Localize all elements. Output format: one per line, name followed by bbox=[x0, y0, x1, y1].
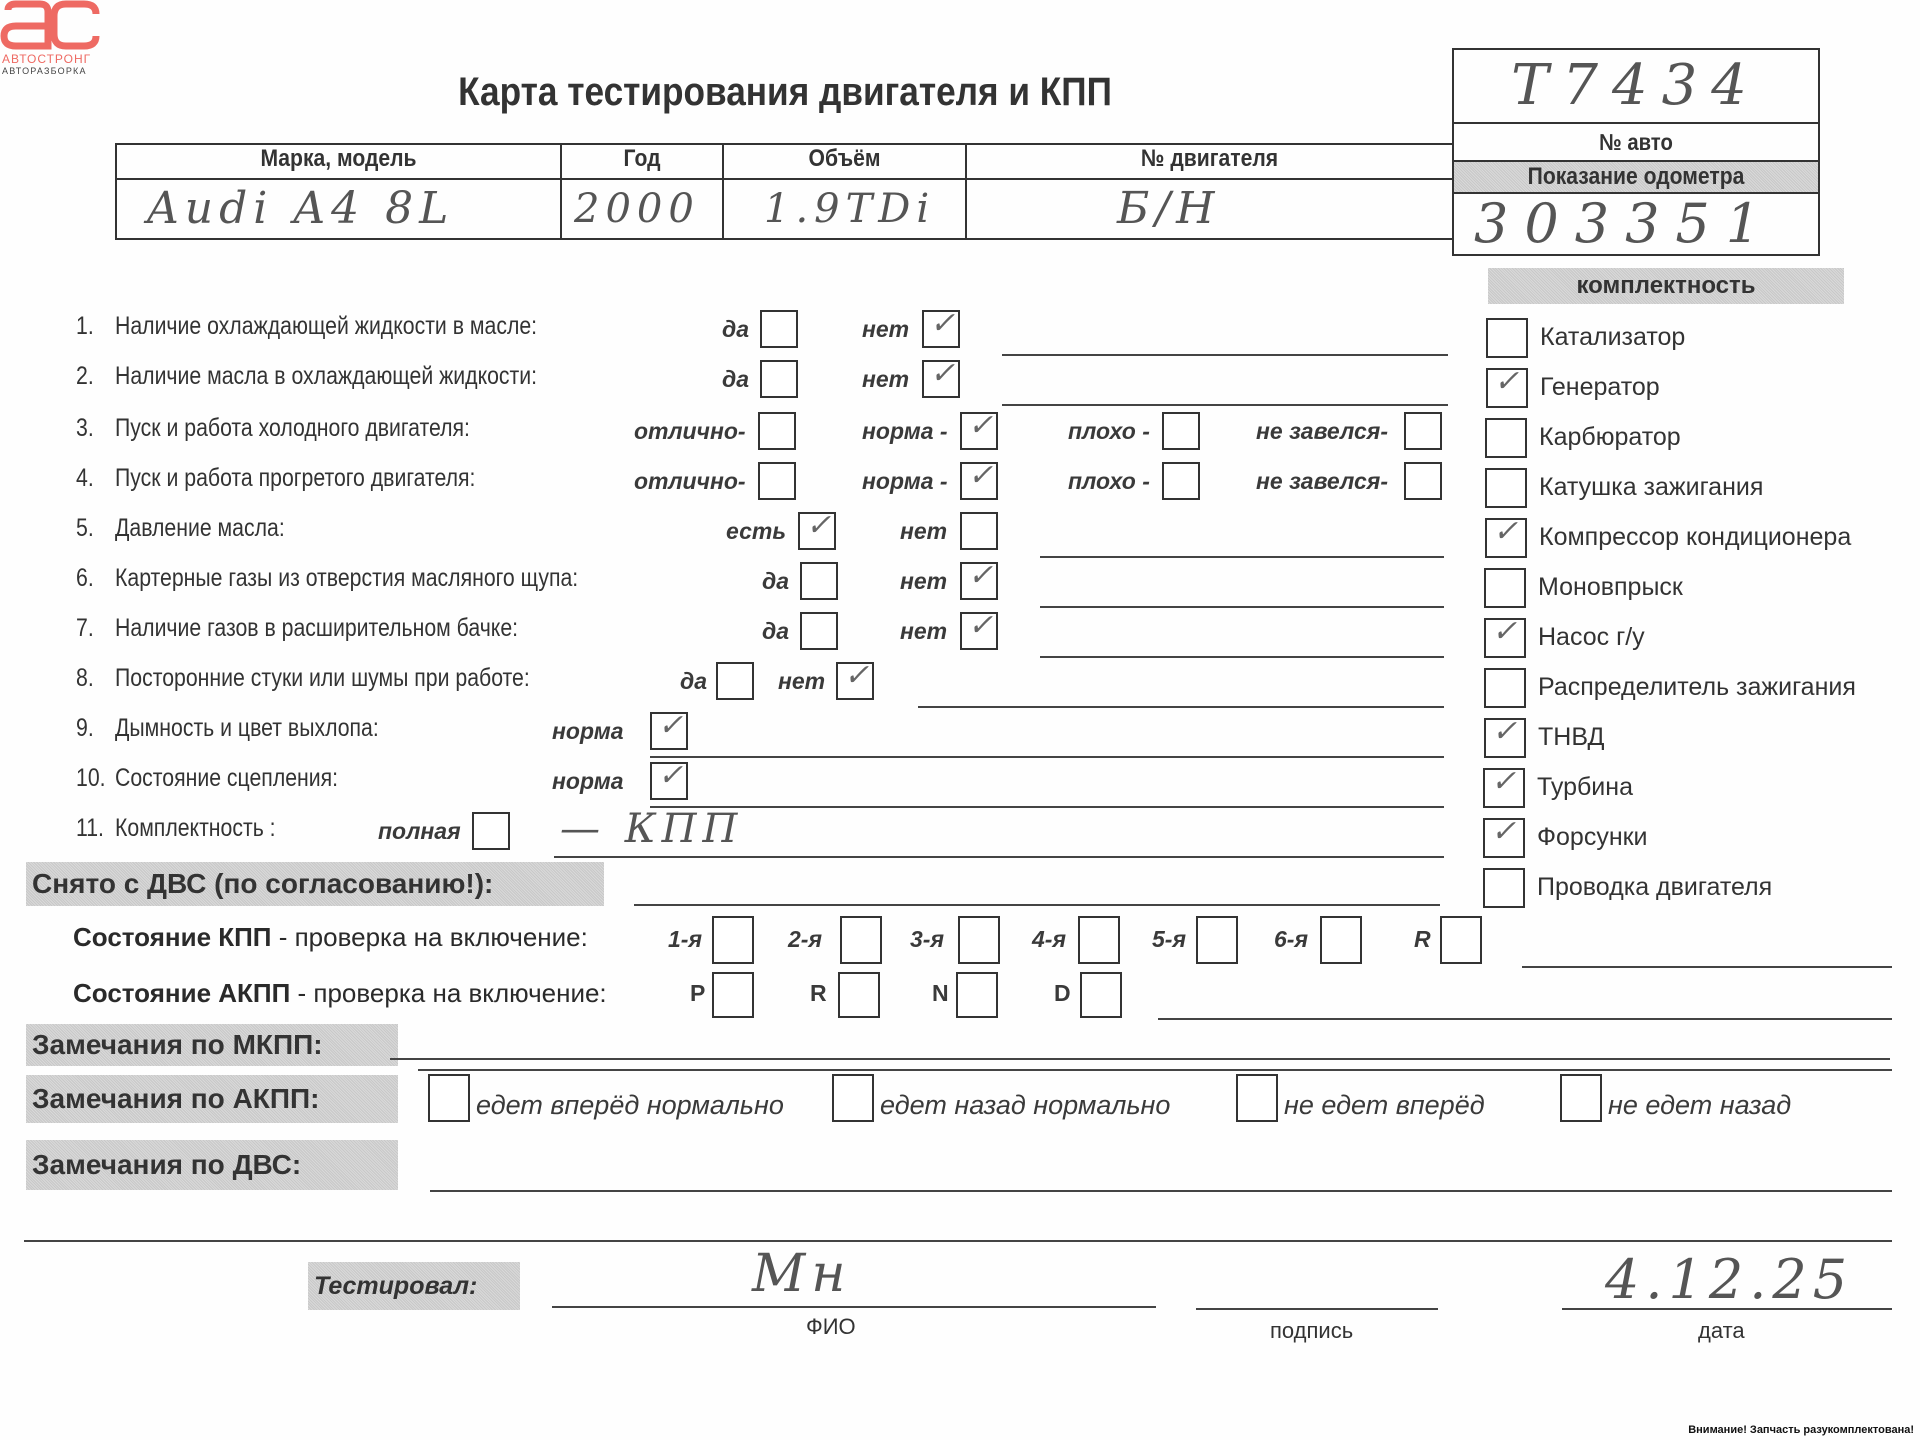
question-number: 6. bbox=[76, 564, 110, 593]
auto-number-value[interactable]: T7434 bbox=[1454, 50, 1818, 122]
check-mark-icon: ✓ bbox=[968, 558, 993, 593]
option-label: полная bbox=[378, 818, 461, 845]
kit-item-label: Компрессор кондиционера bbox=[1539, 523, 1851, 552]
kit-item-label: Катализатор bbox=[1540, 323, 1685, 352]
question-notes-line[interactable] bbox=[1040, 606, 1444, 608]
question-number: 11. bbox=[76, 814, 110, 843]
warning-note: Внимание! Запчасть разукомплектована! bbox=[1688, 1424, 1914, 1436]
signature-caption: подпись bbox=[1270, 1318, 1353, 1344]
logo-name: АВТОСТРОНГ bbox=[2, 52, 91, 66]
kit-checkbox[interactable] bbox=[1484, 568, 1526, 608]
akpp-option-label: едет назад нормально bbox=[880, 1090, 1170, 1121]
option-label: да bbox=[680, 668, 707, 695]
gear-label: 1-я bbox=[668, 926, 702, 953]
option-label: норма - bbox=[862, 418, 948, 445]
question-number: 10. bbox=[76, 764, 110, 793]
kit-checkbox[interactable] bbox=[1486, 318, 1528, 358]
question-text: Наличие охлаждающей жидкости в масле: bbox=[115, 312, 537, 341]
manual-gearbox-line[interactable] bbox=[1522, 966, 1892, 968]
check-mark-icon: ✓ bbox=[658, 758, 683, 793]
signature-line[interactable] bbox=[1196, 1308, 1438, 1310]
option-checkbox[interactable]: ✓ bbox=[650, 712, 688, 750]
check-mark-icon: ✓ bbox=[1493, 514, 1518, 549]
akpp-remarks-label: Замечания по АКПП: bbox=[26, 1075, 398, 1123]
option-checkbox[interactable]: ✓ bbox=[960, 412, 998, 450]
kit-item-label: Моновпрыск bbox=[1538, 573, 1683, 602]
kit-checkbox[interactable] bbox=[1485, 418, 1527, 458]
question-notes-line[interactable] bbox=[1002, 404, 1448, 406]
question-notes-line[interactable] bbox=[1040, 656, 1444, 658]
auto-gearbox-line[interactable] bbox=[1158, 1018, 1892, 1020]
question-text: Давление масла: bbox=[115, 514, 285, 543]
column-header-volume: Объём bbox=[738, 145, 950, 173]
question-text: Состояние сцепления: bbox=[115, 764, 338, 793]
question-number: 5. bbox=[76, 514, 110, 543]
dvs-remarks-label: Замечания по ДВС: bbox=[26, 1140, 398, 1190]
option-checkbox[interactable]: ✓ bbox=[960, 612, 998, 650]
option-label: да bbox=[722, 316, 749, 343]
question-notes-line[interactable] bbox=[1040, 556, 1444, 558]
question-text: Картерные газы из отверстия масляного щу… bbox=[115, 564, 578, 593]
date-line[interactable] bbox=[1562, 1308, 1892, 1310]
kit-checkbox[interactable] bbox=[1483, 868, 1525, 908]
question-notes-line[interactable] bbox=[1002, 354, 1448, 356]
kit-checkbox[interactable] bbox=[1484, 668, 1526, 708]
gear-checkbox[interactable] bbox=[1196, 916, 1238, 964]
check-mark-icon: ✓ bbox=[968, 608, 993, 643]
option-label: норма bbox=[552, 768, 624, 795]
date-value[interactable]: 4.12.25 bbox=[1605, 1248, 1853, 1311]
kit-title: комплектность bbox=[1488, 268, 1844, 304]
question-text: Комплектность : bbox=[115, 814, 276, 843]
kit-item-label: Форсунки bbox=[1537, 823, 1648, 852]
kit-checkbox[interactable]: ✓ bbox=[1483, 768, 1525, 808]
column-header-year: Год bbox=[572, 145, 713, 173]
option-checkbox[interactable]: ✓ bbox=[798, 512, 836, 550]
option-label: отлично- bbox=[634, 418, 746, 445]
akpp-option-label: не едет вперёд bbox=[1284, 1090, 1485, 1121]
tested-by-label: Тестировал: bbox=[308, 1262, 520, 1310]
mkpp-remarks-label: Замечания по МКПП: bbox=[26, 1024, 398, 1066]
name-line[interactable] bbox=[552, 1306, 1156, 1308]
akpp-option-checkbox[interactable] bbox=[832, 1074, 874, 1122]
odometer-label: Показание одометра bbox=[1476, 162, 1796, 192]
option-label: нет bbox=[778, 668, 825, 695]
check-mark-icon: ✓ bbox=[1494, 364, 1519, 399]
check-mark-icon: ✓ bbox=[658, 708, 683, 743]
mode-label: R bbox=[810, 980, 827, 1007]
check-mark-icon: ✓ bbox=[1492, 714, 1517, 749]
gear-label: R bbox=[1414, 926, 1431, 953]
check-mark-icon: ✓ bbox=[1491, 764, 1516, 799]
mode-label: D bbox=[1054, 980, 1071, 1007]
completeness-note: — КПП bbox=[560, 806, 743, 852]
option-label: да bbox=[722, 366, 749, 393]
mode-checkbox[interactable] bbox=[1080, 972, 1122, 1018]
kit-checkbox[interactable]: ✓ bbox=[1483, 818, 1525, 858]
question-text: Пуск и работа холодного двигателя: bbox=[115, 414, 470, 443]
kit-item-label: Карбюратор bbox=[1539, 423, 1681, 452]
logo-subtitle: АВТОРАЗБОРКА bbox=[2, 66, 87, 76]
column-header-engine-number: № двигателя bbox=[996, 145, 1423, 173]
check-mark-icon: ✓ bbox=[1491, 814, 1516, 849]
option-label: да bbox=[762, 568, 789, 595]
kit-checkbox[interactable]: ✓ bbox=[1486, 368, 1528, 408]
option-checkbox[interactable] bbox=[716, 662, 754, 700]
volume-value[interactable]: 1.9TDi bbox=[724, 180, 965, 238]
kit-item-label: Насос г/у bbox=[1538, 623, 1645, 652]
kit-checkbox[interactable]: ✓ bbox=[1485, 518, 1527, 558]
option-label: плохо - bbox=[1068, 468, 1150, 495]
gear-label: 2-я bbox=[788, 926, 822, 953]
option-label: отлично- bbox=[634, 468, 746, 495]
question-text: Наличие масла в охлаждающей жидкости: bbox=[115, 362, 537, 391]
question-notes-line[interactable] bbox=[554, 856, 1444, 858]
option-checkbox[interactable] bbox=[800, 612, 838, 650]
date-caption: дата bbox=[1698, 1318, 1745, 1344]
question-text: Дымность и цвет выхлопа: bbox=[115, 714, 379, 743]
option-checkbox[interactable] bbox=[472, 812, 510, 850]
gear-checkbox[interactable] bbox=[1078, 916, 1120, 964]
question-text: Наличие газов в расширительном бачке: bbox=[115, 614, 518, 643]
check-mark-icon: ✓ bbox=[806, 508, 831, 543]
question-text: Посторонние стуки или шумы при работе: bbox=[115, 664, 530, 693]
question-number: 4. bbox=[76, 464, 110, 493]
option-checkbox[interactable] bbox=[1162, 412, 1200, 450]
akpp-option-checkbox[interactable] bbox=[1560, 1074, 1602, 1122]
option-checkbox[interactable] bbox=[1404, 412, 1442, 450]
gear-checkbox[interactable] bbox=[1320, 916, 1362, 964]
kit-item-label: Катушка зажигания bbox=[1539, 473, 1763, 502]
column-header-make-model: Марка, модель bbox=[144, 145, 534, 173]
option-checkbox[interactable]: ✓ bbox=[922, 310, 960, 348]
gear-checkbox[interactable] bbox=[958, 916, 1000, 964]
option-label: нет bbox=[900, 568, 947, 595]
check-mark-icon: ✓ bbox=[930, 306, 955, 341]
mode-label: N bbox=[932, 980, 949, 1007]
option-label: нет bbox=[862, 316, 909, 343]
check-mark-icon: ✓ bbox=[968, 458, 993, 493]
gear-checkbox[interactable] bbox=[840, 916, 882, 964]
akpp-option-label: едет вперёд нормально bbox=[476, 1090, 784, 1121]
mode-checkbox[interactable] bbox=[838, 972, 880, 1018]
option-checkbox[interactable] bbox=[960, 512, 998, 550]
question-notes-line[interactable] bbox=[918, 706, 1444, 708]
year-value[interactable]: 2000 bbox=[562, 180, 722, 238]
option-label: не завелся- bbox=[1256, 468, 1388, 495]
option-checkbox[interactable] bbox=[1404, 462, 1442, 500]
option-checkbox[interactable]: ✓ bbox=[922, 360, 960, 398]
option-label: есть bbox=[726, 518, 786, 545]
logo-icon bbox=[0, 0, 100, 50]
gear-checkbox[interactable] bbox=[712, 916, 754, 964]
question-number: 9. bbox=[76, 714, 110, 743]
auto-number-label: № авто bbox=[1476, 124, 1796, 160]
option-label: нет bbox=[862, 366, 909, 393]
question-notes-line[interactable] bbox=[650, 756, 1444, 758]
option-label: норма bbox=[552, 718, 624, 745]
gear-label: 5-я bbox=[1152, 926, 1186, 953]
name-caption: ФИО bbox=[806, 1314, 856, 1340]
option-checkbox[interactable] bbox=[760, 310, 798, 348]
question-text: Пуск и работа прогретого двигателя: bbox=[115, 464, 475, 493]
option-label: да bbox=[762, 618, 789, 645]
option-label: не завелся- bbox=[1256, 418, 1388, 445]
check-mark-icon: ✓ bbox=[968, 408, 993, 443]
manual-gearbox-label: Состояние КПП - проверка на включение: bbox=[73, 922, 588, 953]
removed-label: Снято с ДВС (по согласованию!): bbox=[26, 862, 604, 906]
kit-checkbox[interactable]: ✓ bbox=[1484, 718, 1526, 758]
page-title: Карта тестирования двигателя и КПП bbox=[94, 70, 1476, 115]
engine-number-value[interactable]: Б/Н bbox=[967, 180, 1452, 238]
option-label: плохо - bbox=[1068, 418, 1150, 445]
question-number: 3. bbox=[76, 414, 110, 443]
question-number: 8. bbox=[76, 664, 110, 693]
check-mark-icon: ✓ bbox=[844, 658, 869, 693]
gear-checkbox[interactable] bbox=[1440, 916, 1482, 964]
option-checkbox[interactable]: ✓ bbox=[960, 462, 998, 500]
mkpp-remarks-line[interactable] bbox=[390, 1058, 1890, 1060]
option-checkbox[interactable]: ✓ bbox=[960, 562, 998, 600]
question-number: 7. bbox=[76, 614, 110, 643]
tested-by-name[interactable]: Мн bbox=[752, 1244, 852, 1304]
akpp-option-checkbox[interactable] bbox=[428, 1074, 470, 1122]
kit-item-label: Распределитель зажигания bbox=[1538, 673, 1856, 702]
option-label: нет bbox=[900, 618, 947, 645]
removed-line[interactable] bbox=[634, 904, 1440, 906]
dvs-remarks-line[interactable] bbox=[430, 1190, 1892, 1192]
kit-item-label: Генератор bbox=[1540, 373, 1660, 402]
mkpp-remarks-line-2[interactable] bbox=[418, 1069, 1892, 1071]
option-checkbox[interactable] bbox=[758, 412, 796, 450]
kit-checkbox[interactable]: ✓ bbox=[1484, 618, 1526, 658]
dvs-remarks-line-2[interactable] bbox=[24, 1240, 1892, 1242]
mode-checkbox[interactable] bbox=[956, 972, 998, 1018]
option-label: норма - bbox=[862, 468, 948, 495]
make-model-value[interactable]: Audi A4 8L bbox=[117, 180, 560, 238]
gear-label: 3-я bbox=[910, 926, 944, 953]
gear-label: 6-я bbox=[1274, 926, 1308, 953]
question-number: 2. bbox=[76, 362, 110, 391]
gear-label: 4-я bbox=[1032, 926, 1066, 953]
kit-item-label: ТНВД bbox=[1538, 723, 1604, 752]
kit-item-label: Турбина bbox=[1537, 773, 1633, 802]
option-checkbox[interactable]: ✓ bbox=[650, 762, 688, 800]
option-checkbox[interactable]: ✓ bbox=[836, 662, 874, 700]
mode-label: P bbox=[690, 980, 705, 1007]
check-mark-icon: ✓ bbox=[1492, 614, 1517, 649]
question-number: 1. bbox=[76, 312, 110, 341]
mode-checkbox[interactable] bbox=[712, 972, 754, 1018]
odometer-value[interactable]: 303351 bbox=[1454, 194, 1818, 254]
kit-checkbox[interactable] bbox=[1485, 468, 1527, 508]
akpp-option-checkbox[interactable] bbox=[1236, 1074, 1278, 1122]
akpp-option-label: не едет назад bbox=[1608, 1090, 1791, 1121]
option-checkbox[interactable] bbox=[800, 562, 838, 600]
option-checkbox[interactable] bbox=[760, 360, 798, 398]
kit-item-label: Проводка двигателя bbox=[1537, 873, 1772, 902]
option-label: нет bbox=[900, 518, 947, 545]
auto-gearbox-label: Состояние АКПП - проверка на включение: bbox=[73, 978, 607, 1009]
question-notes-line[interactable] bbox=[650, 806, 1444, 808]
option-checkbox[interactable] bbox=[1162, 462, 1200, 500]
check-mark-icon: ✓ bbox=[930, 356, 955, 391]
option-checkbox[interactable] bbox=[758, 462, 796, 500]
